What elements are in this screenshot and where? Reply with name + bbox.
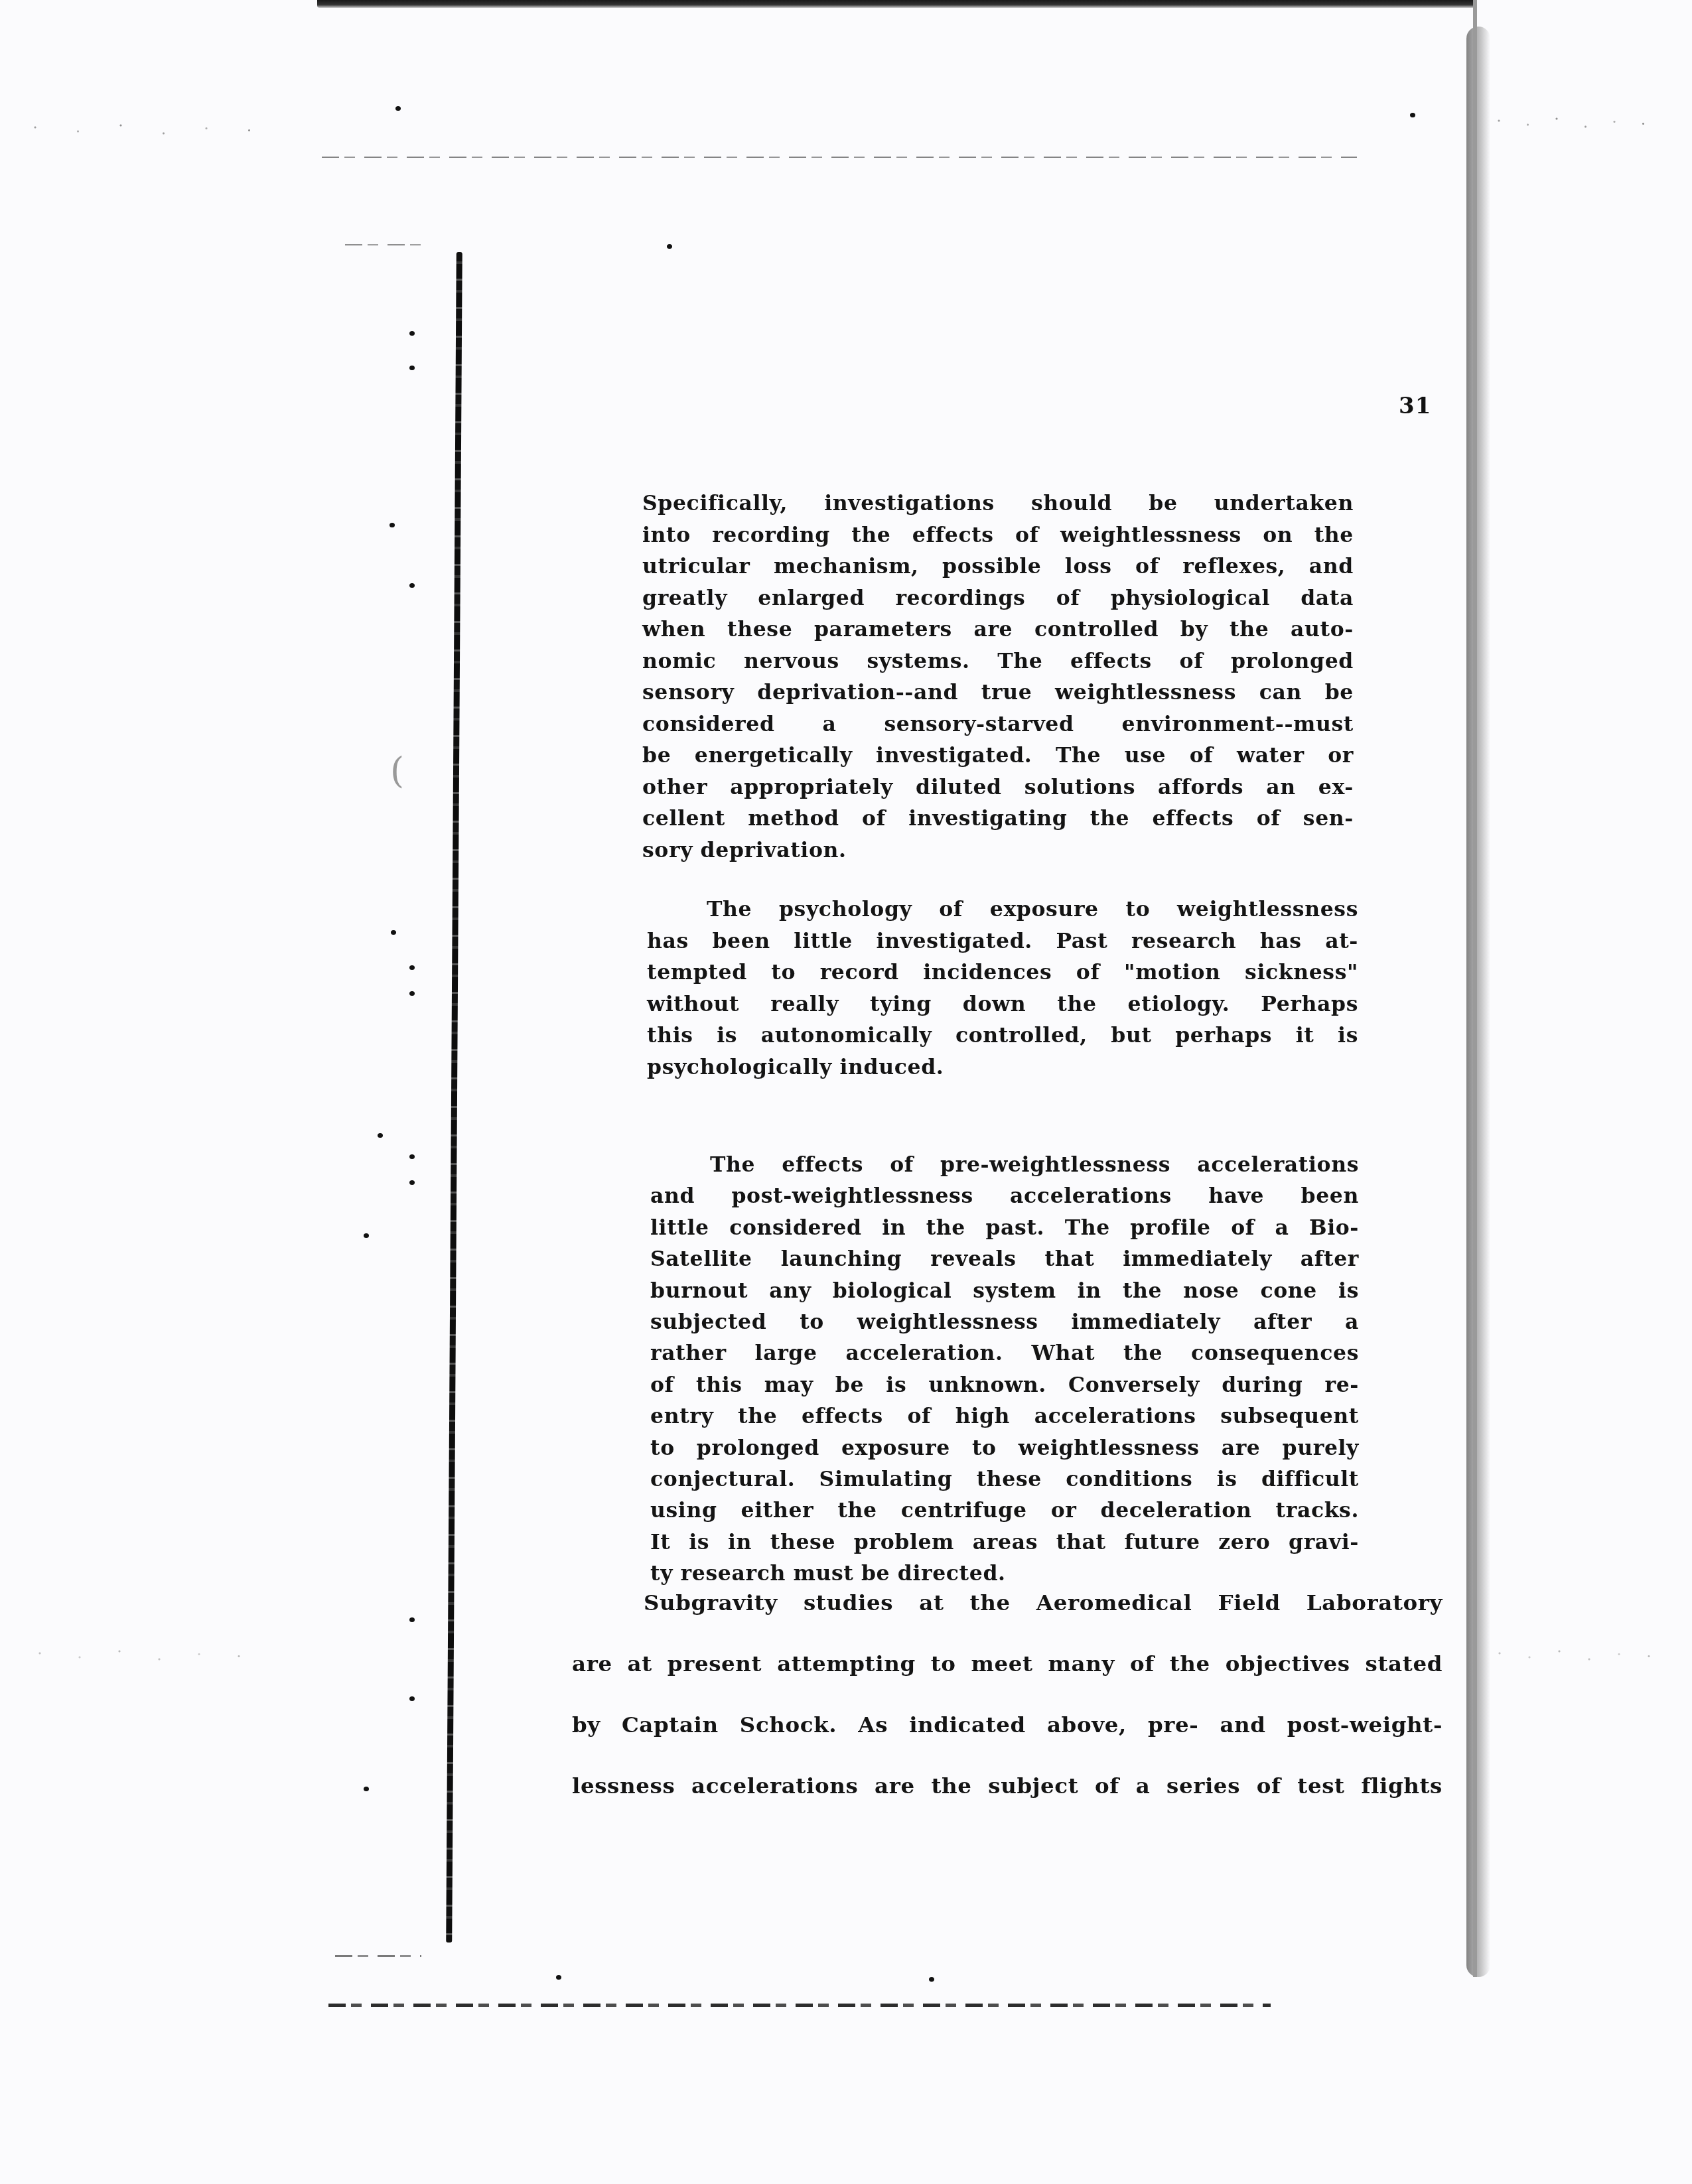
scan-dot [409,991,415,996]
text-line: rather large acceleration. What the cons… [650,1337,1359,1369]
text-line: burnout any biological system in the nos… [650,1275,1359,1306]
text-line: into recording the effects of weightless… [642,519,1354,551]
scan-dot [929,1977,934,1982]
scan-dashed-line-small [345,244,428,245]
text-line: entry the effects of high accelerations … [650,1400,1359,1432]
scan-dot [556,1975,561,1980]
text-line: The effects of pre-weightlessness accele… [650,1149,1359,1180]
scan-dashed-line-bottom [328,2004,1271,2007]
text-line: cellent method of investigating the effe… [642,803,1354,835]
scan-dot [409,1180,415,1185]
text-line: It is in these problem areas that future… [650,1527,1359,1558]
scan-dot [667,244,672,249]
scan-dot [409,583,415,588]
scan-dot [409,1617,415,1622]
scan-top-edge [317,0,1475,8]
scan-dot [389,523,395,527]
scan-dot [391,930,396,935]
paragraph-psychology-of-exposure: The psychology of exposure to weightless… [647,894,1358,1083]
text-line: sory deprivation. [642,835,1354,866]
text-line: of this may be is unknown. Conversely du… [650,1369,1359,1400]
paragraph-weightlessness-investigations: Specifically, investigations should be u… [642,488,1354,866]
scan-dot [364,1233,369,1238]
text-line: be energetically investigated. The use o… [642,740,1354,772]
paragraph-pre-post-accelerations: The effects of pre-weightlessness accele… [650,1149,1359,1590]
text-line: are at present attempting to meet many o… [572,1633,1443,1694]
text-line: The psychology of exposure to weightless… [647,894,1358,925]
scan-dot [409,1696,415,1701]
text-line: using either the centrifuge or decelerat… [650,1495,1359,1526]
text-line: little considered in the past. The profi… [650,1212,1359,1243]
scan-dot [409,965,415,970]
scan-right-edge [1473,0,1477,1977]
text-line: Satellite launching reveals that immedia… [650,1243,1359,1274]
paragraph-subgravity-studies: Subgravity studies at the Aeromedical Fi… [572,1572,1443,1816]
scan-dot [364,1787,369,1791]
text-line: greatly enlarged recordings of physiolog… [642,582,1354,614]
text-line: conjectural. Simulating these conditions… [650,1464,1359,1495]
page-number: 31 [1399,393,1431,419]
text-line: to prolonged exposure to weightlessness … [650,1432,1359,1464]
text-line: tempted to record incidences of "motion … [647,957,1358,989]
scan-right-shadow [1466,27,1490,1977]
scan-speckle-left-top [7,119,292,139]
text-line: this is autonomically controlled, but pe… [647,1020,1358,1052]
scan-speckle-left-bottom [13,1645,279,1665]
text-line: and post-weightlessness accelerations ha… [650,1180,1359,1211]
scan-dot [1410,113,1415,117]
scan-dot [378,1133,383,1138]
scan-left-margin-bar [446,252,462,1943]
text-line: utricular mechanism, possible loss of re… [642,551,1354,582]
text-line: Specifically, investigations should be u… [642,488,1354,519]
text-line: considered a sensory-starved environment… [642,709,1354,740]
text-line: subjected to weightlessness immediately … [650,1306,1359,1337]
text-line: by Captain Schock. As indicated above, p… [572,1694,1443,1755]
scan-dot [409,1154,415,1159]
text-line: psychologically induced. [647,1052,1358,1083]
scan-stray-mark: ( [390,750,404,791]
text-line: Subgravity studies at the Aeromedical Fi… [572,1572,1443,1633]
scan-dashed-line-top [322,157,1357,158]
text-line: when these parameters are controlled by … [642,614,1354,646]
scan-dashed-line-small-bottom [335,1955,421,1957]
scan-dot [409,366,415,370]
text-line: nomic nervous systems. The effects of pr… [642,646,1354,677]
text-line: without really tying down the etiology. … [647,989,1358,1020]
scan-dot [395,106,401,111]
text-line: other appropriately diluted solutions af… [642,772,1354,803]
text-line: lessness accelerations are the subject o… [572,1755,1443,1816]
text-line: has been little investigated. Past resea… [647,925,1358,957]
scan-speckle-right-bottom [1480,1645,1679,1665]
scan-speckle-right-top [1480,113,1672,133]
scan-dot [409,331,415,336]
scanned-document-page: ( 31 Specifically, investigations should… [0,0,1692,2184]
text-line: sensory deprivation--and true weightless… [642,677,1354,709]
